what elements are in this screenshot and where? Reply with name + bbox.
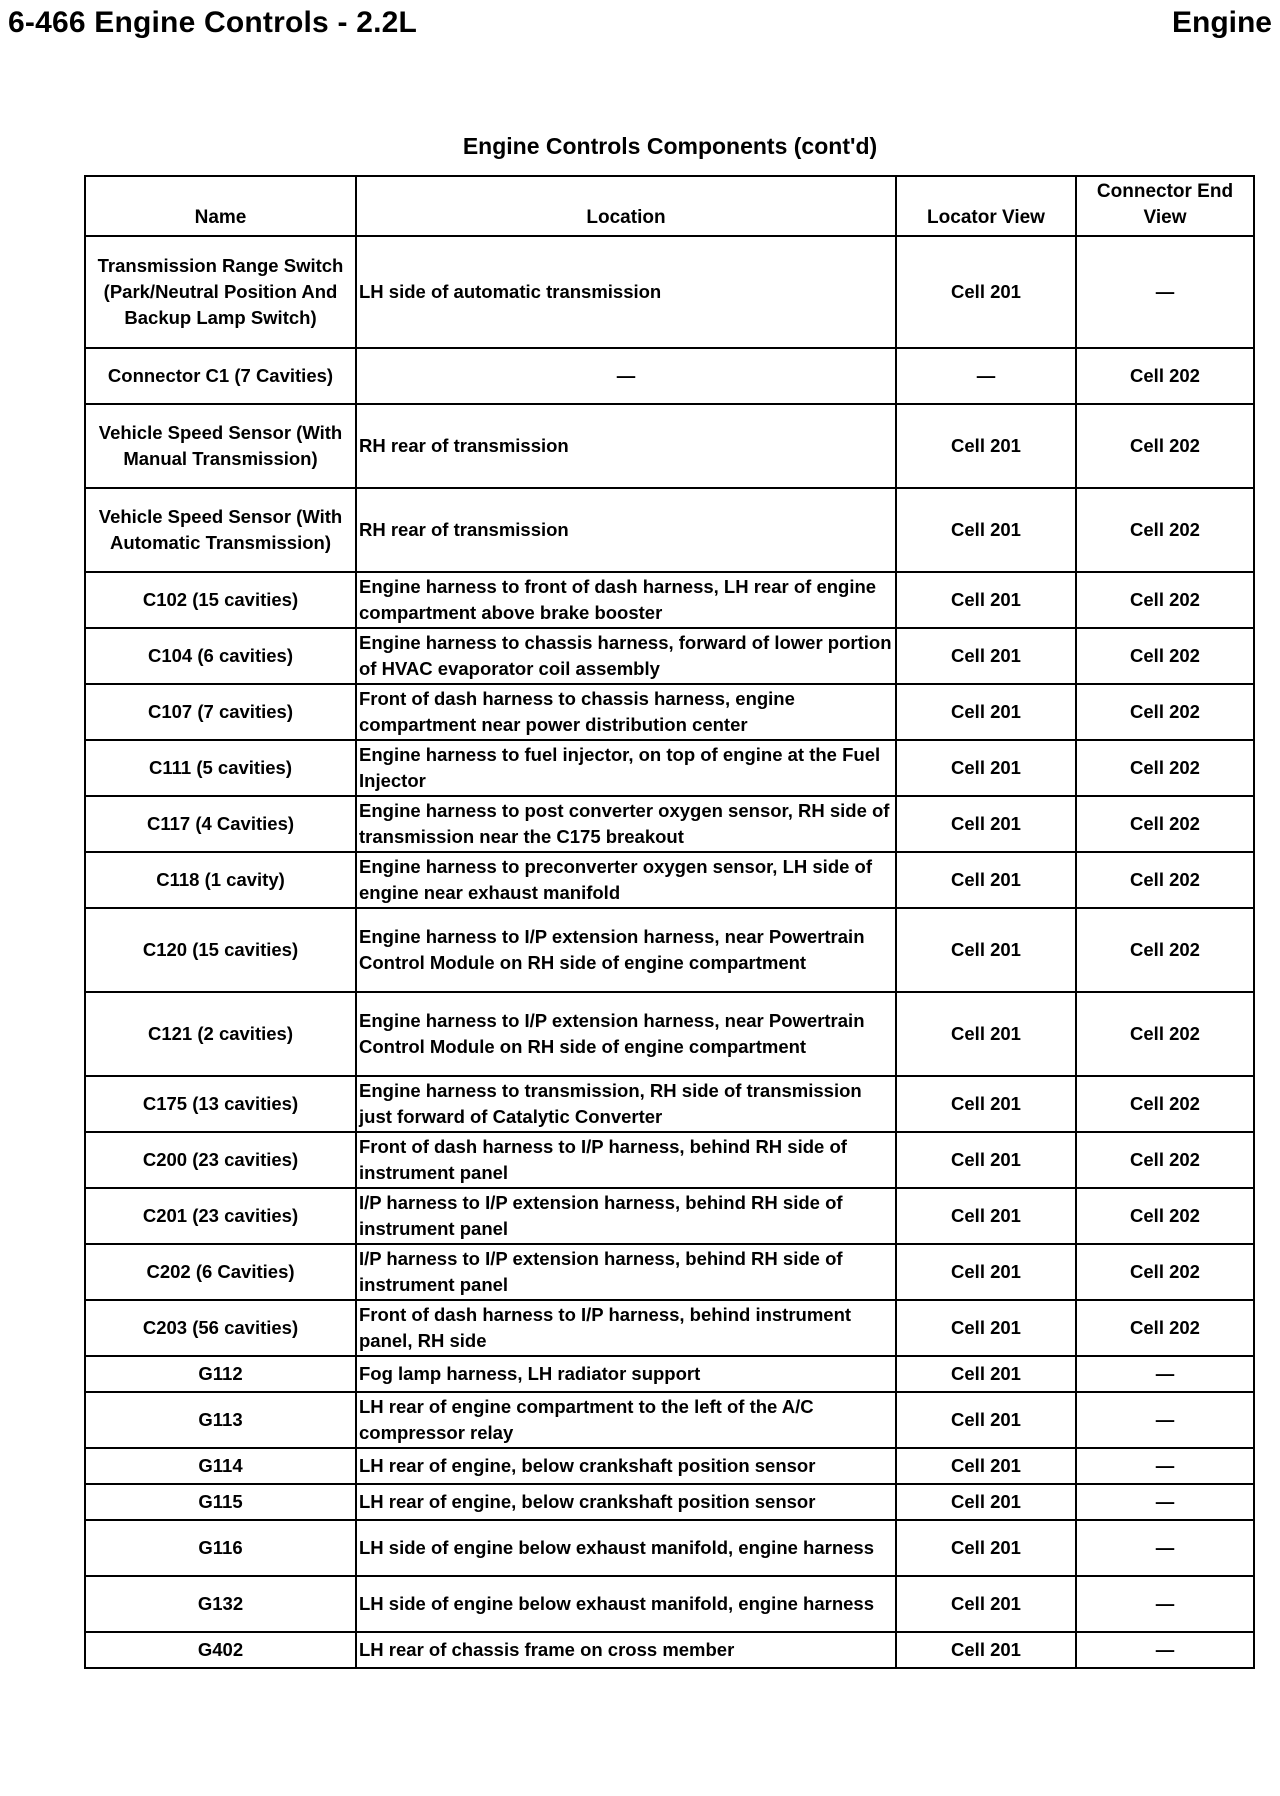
cell-locator-view: Cell 201 xyxy=(896,1576,1076,1632)
cell-locator-view: Cell 201 xyxy=(896,1520,1076,1576)
cell-locator-view: Cell 201 xyxy=(896,1188,1076,1244)
cell-connector-end-view: Cell 202 xyxy=(1076,628,1254,684)
cell-name: Vehicle Speed Sensor (With Automatic Tra… xyxy=(85,488,356,572)
cell-location: Fog lamp harness, LH radiator support xyxy=(356,1356,896,1392)
page-header-chapter: Engine xyxy=(1172,6,1272,40)
table-body: Transmission Range Switch (Park/Neutral … xyxy=(85,236,1254,1668)
cell-locator-view: Cell 201 xyxy=(896,488,1076,572)
cell-name: C117 (4 Cavities) xyxy=(85,796,356,852)
cell-connector-end-view: Cell 202 xyxy=(1076,1300,1254,1356)
cell-connector-end-view: — xyxy=(1076,236,1254,348)
cell-locator-view: Cell 201 xyxy=(896,684,1076,740)
cell-location: RH rear of transmission xyxy=(356,488,896,572)
cell-connector-end-view: Cell 202 xyxy=(1076,348,1254,404)
cell-location: LH rear of engine, below crankshaft posi… xyxy=(356,1484,896,1520)
cell-connector-end-view: — xyxy=(1076,1356,1254,1392)
cell-name: C120 (15 cavities) xyxy=(85,908,356,992)
cell-name: G132 xyxy=(85,1576,356,1632)
table-title: Engine Controls Components (cont'd) xyxy=(0,133,1280,160)
column-header-connector-end-view: Connector End View xyxy=(1076,176,1254,236)
cell-locator-view: Cell 201 xyxy=(896,1300,1076,1356)
table-row: G116LH side of engine below exhaust mani… xyxy=(85,1520,1254,1576)
cell-location: Front of dash harness to chassis harness… xyxy=(356,684,896,740)
components-table: Name Location Locator View Connector End… xyxy=(84,175,1255,1669)
cell-locator-view: Cell 201 xyxy=(896,852,1076,908)
table-row: G402LH rear of chassis frame on cross me… xyxy=(85,1632,1254,1668)
cell-location: I/P harness to I/P extension harness, be… xyxy=(356,1188,896,1244)
cell-name: G113 xyxy=(85,1392,356,1448)
table-row: C111 (5 cavities)Engine harness to fuel … xyxy=(85,740,1254,796)
cell-name: C107 (7 cavities) xyxy=(85,684,356,740)
cell-connector-end-view: Cell 202 xyxy=(1076,740,1254,796)
cell-locator-view: Cell 201 xyxy=(896,1244,1076,1300)
cell-connector-end-view: Cell 202 xyxy=(1076,1188,1254,1244)
cell-location: LH rear of chassis frame on cross member xyxy=(356,1632,896,1668)
cell-name: G402 xyxy=(85,1632,356,1668)
table-row: Transmission Range Switch (Park/Neutral … xyxy=(85,236,1254,348)
cell-locator-view: Cell 201 xyxy=(896,740,1076,796)
cell-locator-view: Cell 201 xyxy=(896,1392,1076,1448)
cell-locator-view: Cell 201 xyxy=(896,908,1076,992)
cell-connector-end-view: — xyxy=(1076,1484,1254,1520)
cell-name: C203 (56 cavities) xyxy=(85,1300,356,1356)
cell-locator-view: Cell 201 xyxy=(896,236,1076,348)
column-header-locator-view: Locator View xyxy=(896,176,1076,236)
page-header-section-title: 6-466 Engine Controls - 2.2L xyxy=(8,6,417,40)
cell-location: Front of dash harness to I/P harness, be… xyxy=(356,1132,896,1188)
cell-name: G115 xyxy=(85,1484,356,1520)
column-header-name: Name xyxy=(85,176,356,236)
table-row: Vehicle Speed Sensor (With Manual Transm… xyxy=(85,404,1254,488)
cell-location: Engine harness to I/P extension harness,… xyxy=(356,992,896,1076)
cell-connector-end-view: Cell 202 xyxy=(1076,404,1254,488)
cell-connector-end-view: Cell 202 xyxy=(1076,992,1254,1076)
cell-location: LH rear of engine compartment to the lef… xyxy=(356,1392,896,1448)
cell-name: Vehicle Speed Sensor (With Manual Transm… xyxy=(85,404,356,488)
table-row: C201 (23 cavities)I/P harness to I/P ext… xyxy=(85,1188,1254,1244)
table-row: C118 (1 cavity)Engine harness to preconv… xyxy=(85,852,1254,908)
cell-locator-view: Cell 201 xyxy=(896,1484,1076,1520)
cell-locator-view: Cell 201 xyxy=(896,404,1076,488)
cell-location: I/P harness to I/P extension harness, be… xyxy=(356,1244,896,1300)
cell-location: — xyxy=(356,348,896,404)
cell-connector-end-view: Cell 202 xyxy=(1076,1076,1254,1132)
table-row: G132LH side of engine below exhaust mani… xyxy=(85,1576,1254,1632)
cell-location: Engine harness to chassis harness, forwa… xyxy=(356,628,896,684)
cell-locator-view: Cell 201 xyxy=(896,992,1076,1076)
cell-connector-end-view: Cell 202 xyxy=(1076,1244,1254,1300)
table-row: C121 (2 cavities)Engine harness to I/P e… xyxy=(85,992,1254,1076)
table-row: G113LH rear of engine compartment to the… xyxy=(85,1392,1254,1448)
cell-name: G116 xyxy=(85,1520,356,1576)
table-header-row: Name Location Locator View Connector End… xyxy=(85,176,1254,236)
cell-name: C201 (23 cavities) xyxy=(85,1188,356,1244)
table-row: C202 (6 Cavities)I/P harness to I/P exte… xyxy=(85,1244,1254,1300)
cell-name: C104 (6 cavities) xyxy=(85,628,356,684)
table-row: C175 (13 cavities)Engine harness to tran… xyxy=(85,1076,1254,1132)
cell-location: LH side of engine below exhaust manifold… xyxy=(356,1576,896,1632)
cell-locator-view: Cell 201 xyxy=(896,1448,1076,1484)
cell-connector-end-view: — xyxy=(1076,1632,1254,1668)
cell-connector-end-view: Cell 202 xyxy=(1076,852,1254,908)
cell-connector-end-view: Cell 202 xyxy=(1076,908,1254,992)
cell-name: C200 (23 cavities) xyxy=(85,1132,356,1188)
cell-location: Engine harness to I/P extension harness,… xyxy=(356,908,896,992)
cell-name: G114 xyxy=(85,1448,356,1484)
table-row: C203 (56 cavities)Front of dash harness … xyxy=(85,1300,1254,1356)
cell-locator-view: Cell 201 xyxy=(896,1132,1076,1188)
cell-location: RH rear of transmission xyxy=(356,404,896,488)
cell-locator-view: — xyxy=(896,348,1076,404)
cell-location: Engine harness to front of dash harness,… xyxy=(356,572,896,628)
table-row: Vehicle Speed Sensor (With Automatic Tra… xyxy=(85,488,1254,572)
cell-locator-view: Cell 201 xyxy=(896,1356,1076,1392)
cell-locator-view: Cell 201 xyxy=(896,1076,1076,1132)
table-row: C107 (7 cavities)Front of dash harness t… xyxy=(85,684,1254,740)
table-row: Connector C1 (7 Cavities)——Cell 202 xyxy=(85,348,1254,404)
cell-connector-end-view: — xyxy=(1076,1448,1254,1484)
cell-location: LH rear of engine, below crankshaft posi… xyxy=(356,1448,896,1484)
cell-connector-end-view: — xyxy=(1076,1576,1254,1632)
table-row: G115LH rear of engine, below crankshaft … xyxy=(85,1484,1254,1520)
cell-connector-end-view: Cell 202 xyxy=(1076,796,1254,852)
cell-connector-end-view: Cell 202 xyxy=(1076,488,1254,572)
cell-connector-end-view: Cell 202 xyxy=(1076,1132,1254,1188)
cell-name: G112 xyxy=(85,1356,356,1392)
cell-connector-end-view: Cell 202 xyxy=(1076,684,1254,740)
cell-location: LH side of automatic transmission xyxy=(356,236,896,348)
cell-name: Transmission Range Switch (Park/Neutral … xyxy=(85,236,356,348)
cell-name: C121 (2 cavities) xyxy=(85,992,356,1076)
cell-locator-view: Cell 201 xyxy=(896,628,1076,684)
cell-location: Engine harness to preconverter oxygen se… xyxy=(356,852,896,908)
cell-location: LH side of engine below exhaust manifold… xyxy=(356,1520,896,1576)
cell-name: C202 (6 Cavities) xyxy=(85,1244,356,1300)
table-row: C117 (4 Cavities)Engine harness to post … xyxy=(85,796,1254,852)
table-row: G112Fog lamp harness, LH radiator suppor… xyxy=(85,1356,1254,1392)
cell-name: C102 (15 cavities) xyxy=(85,572,356,628)
cell-locator-view: Cell 201 xyxy=(896,796,1076,852)
cell-name: C111 (5 cavities) xyxy=(85,740,356,796)
cell-connector-end-view: — xyxy=(1076,1392,1254,1448)
cell-location: Engine harness to post converter oxygen … xyxy=(356,796,896,852)
table-row: C200 (23 cavities)Front of dash harness … xyxy=(85,1132,1254,1188)
table-row: C102 (15 cavities)Engine harness to fron… xyxy=(85,572,1254,628)
cell-locator-view: Cell 201 xyxy=(896,1632,1076,1668)
cell-location: Engine harness to transmission, RH side … xyxy=(356,1076,896,1132)
cell-locator-view: Cell 201 xyxy=(896,572,1076,628)
cell-name: Connector C1 (7 Cavities) xyxy=(85,348,356,404)
table-row: C104 (6 cavities)Engine harness to chass… xyxy=(85,628,1254,684)
cell-location: Engine harness to fuel injector, on top … xyxy=(356,740,896,796)
cell-location: Front of dash harness to I/P harness, be… xyxy=(356,1300,896,1356)
cell-connector-end-view: — xyxy=(1076,1520,1254,1576)
cell-connector-end-view: Cell 202 xyxy=(1076,572,1254,628)
table-row: C120 (15 cavities)Engine harness to I/P … xyxy=(85,908,1254,992)
table-row: G114LH rear of engine, below crankshaft … xyxy=(85,1448,1254,1484)
cell-name: C175 (13 cavities) xyxy=(85,1076,356,1132)
column-header-location: Location xyxy=(356,176,896,236)
cell-name: C118 (1 cavity) xyxy=(85,852,356,908)
